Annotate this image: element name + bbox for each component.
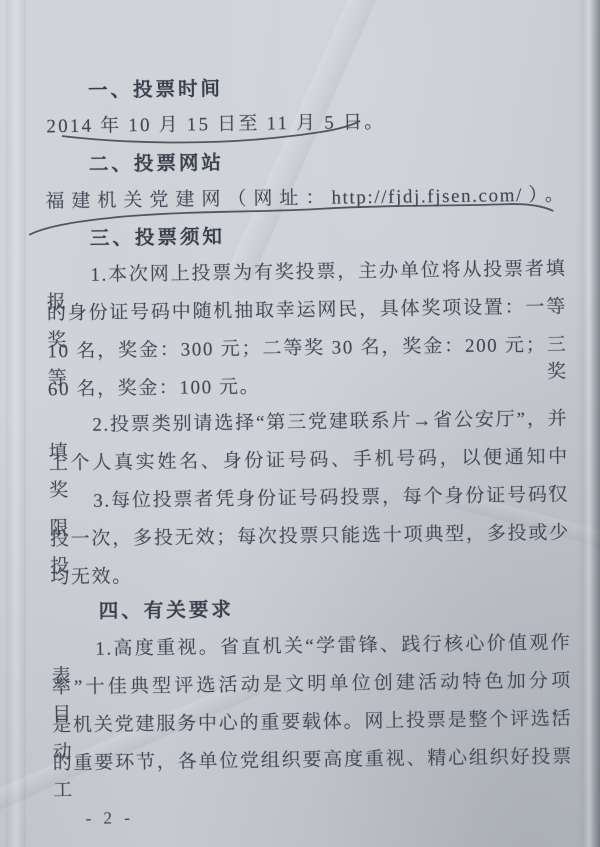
doc-line: 的重要环节，各单位党组织要高度重视、精心组织好投票工 — [53, 741, 574, 802]
voting-period-text: 2014 年 10 月 15 日至 11 月 5 日。 — [46, 107, 385, 138]
section-heading-voting-notice: 三、投票须知 — [90, 221, 225, 251]
paper-right-edge-shadow — [576, 0, 600, 847]
page-number: - 2 - — [85, 808, 134, 829]
section-heading-voting-website: 二、投票网站 — [89, 147, 224, 177]
section-heading-voting-time: 一、投票时间 — [88, 73, 223, 103]
scanned-document-page: 一、投票时间 2014 年 10 月 15 日至 11 月 5 日。 二、投票网… — [0, 0, 600, 847]
doc-line: 60 名，奖金：100 元。 — [48, 372, 261, 402]
section-heading-requirements: 四、有关要求 — [99, 594, 234, 624]
document-text-block: 一、投票时间 2014 年 10 月 15 日至 11 月 5 日。 二、投票网… — [0, 0, 600, 847]
doc-line: 均无效。 — [50, 561, 133, 589]
voting-website-text: 福建机关党建网（网址：http://fjdj.fjsen.com/）。 — [45, 180, 565, 214]
